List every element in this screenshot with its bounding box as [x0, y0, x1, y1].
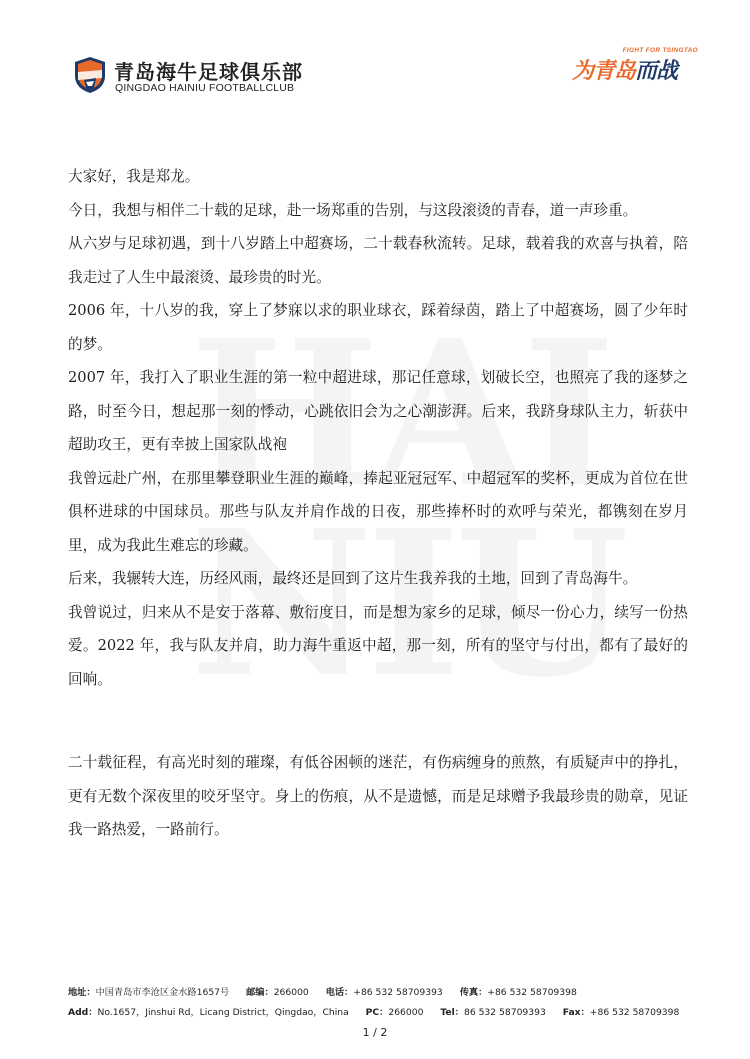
- fax-value-en: +86 532 58709398: [590, 1007, 680, 1018]
- page-indicator: 1 / 2: [0, 1026, 750, 1039]
- postcode-label: 邮编：: [246, 987, 274, 998]
- tel-label: 电话：: [326, 987, 354, 998]
- slogan-part-1: 为青岛: [572, 59, 635, 84]
- paragraph-greeting: 大家好，我是郑龙。: [68, 160, 688, 194]
- paragraph: 2007 年，我打入了职业生涯的第一粒中超进球，那记任意球，划破长空，也照亮了我…: [68, 361, 688, 462]
- slogan-logo: FIGHT FOR TSINGTAO 为青岛而战: [572, 47, 698, 83]
- tel-value-en: 86 532 58709393: [464, 1007, 546, 1018]
- paragraph: 我曾远赴广州，在那里攀登职业生涯的巅峰，捧起亚冠冠军、中超冠军的奖杯，更成为首位…: [68, 462, 688, 563]
- paragraph: 我曾说过，归来从不是安于落幕、敷衍度日，而是想为家乡的足球，倾尽一份心力，续写一…: [68, 596, 688, 697]
- club-name-english: QINGDAO HAINIU FOOTBALLCLUB: [115, 82, 294, 94]
- address-value-en: No.1657，Jinshui Rd，Licang District，Qingd…: [97, 1007, 348, 1018]
- postcode-label-en: PC：: [366, 1007, 389, 1018]
- contact-footer: 地址：中国青岛市李沧区金水路1657号 邮编：266000 电话：+86 532…: [68, 983, 708, 1023]
- address-value: 中国青岛市李沧区金水路1657号: [96, 987, 230, 998]
- postcode-value-en: 266000: [388, 1007, 423, 1018]
- tel-value: +86 532 58709393: [353, 987, 443, 998]
- slogan-part-2: 而战: [635, 59, 677, 84]
- letter-body: 大家好，我是郑龙。 今日，我想与相伴二十载的足球，赴一场郑重的告别，与这段滚烫的…: [68, 160, 688, 847]
- paragraph: 后来，我辗转大连，历经风雨，最终还是回到了这片生我养我的土地，回到了青岛海牛。: [68, 562, 688, 596]
- paragraph: 二十载征程，有高光时刻的璀璨，有低谷困顿的迷茫，有伤病缠身的煎熬，有质疑声中的挣…: [68, 746, 688, 847]
- paragraph: 从六岁与足球初遇，到十八岁踏上中超赛场，二十载春秋流转。足球，载着我的欢喜与执着…: [68, 227, 688, 294]
- address-label: 地址：: [68, 987, 96, 998]
- slogan-english: FIGHT FOR TSINGTAO: [623, 47, 698, 54]
- footer-line-english: Add：No.1657，Jinshui Rd，Licang District，Q…: [68, 1003, 708, 1023]
- postcode-value: 266000: [274, 987, 309, 998]
- footer-line-chinese: 地址：中国青岛市李沧区金水路1657号 邮编：266000 电话：+86 532…: [68, 983, 708, 1003]
- fax-label-en: Fax：: [563, 1007, 590, 1018]
- paragraph: 今日，我想与相伴二十载的足球，赴一场郑重的告别，与这段滚烫的青春，道一声珍重。: [68, 194, 688, 228]
- tel-label-en: Tel：: [440, 1007, 464, 1018]
- club-crest-icon: [72, 56, 108, 94]
- fax-value: +86 532 58709398: [487, 987, 577, 998]
- club-name-chinese: 青岛海牛足球俱乐部: [114, 56, 303, 85]
- address-label-en: Add：: [68, 1007, 97, 1018]
- fax-label: 传真：: [460, 987, 488, 998]
- paragraph: 2006 年，十八岁的我，穿上了梦寐以求的职业球衣，踩着绿茵，踏上了中超赛场，圆…: [68, 294, 688, 361]
- slogan-chinese: 为青岛而战: [572, 54, 677, 85]
- letterhead: 青岛海牛足球俱乐部 QINGDAO HAINIU FOOTBALLCLUB FI…: [0, 0, 750, 110]
